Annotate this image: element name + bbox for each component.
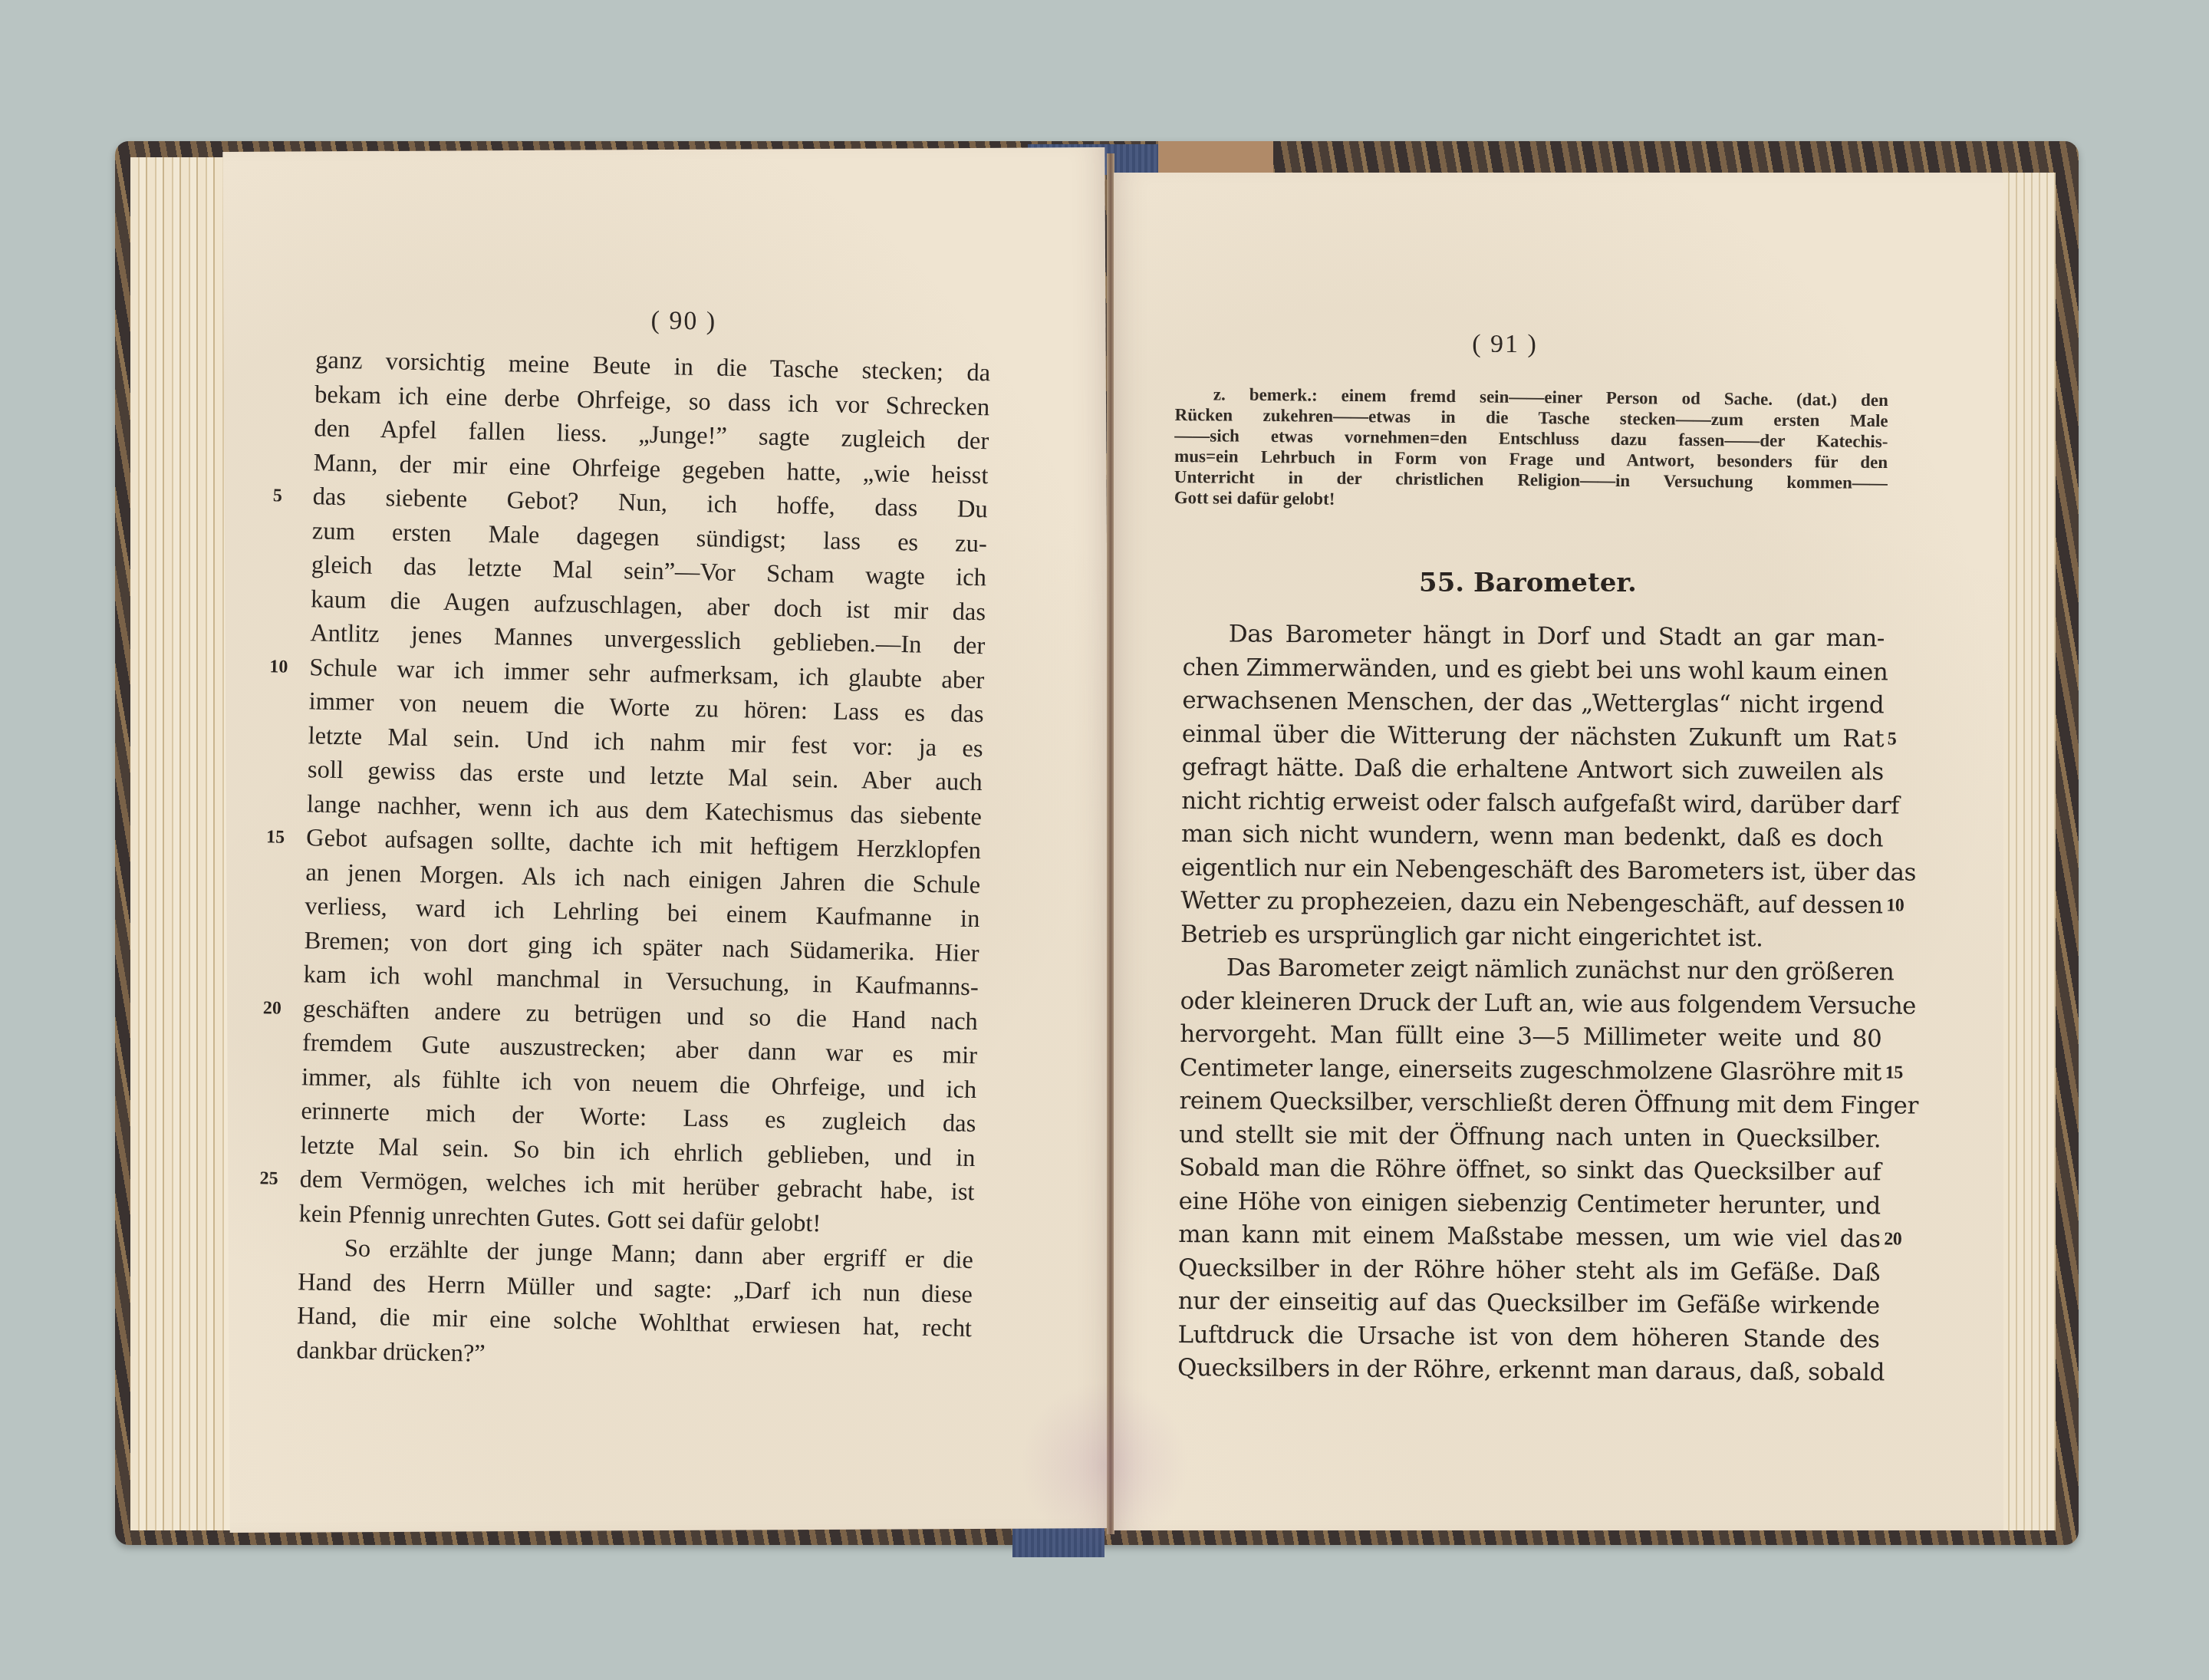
text-line: man kann mit einem Maßstabe messen, um w…: [1178, 1218, 1880, 1257]
line-number: [262, 1093, 295, 1094]
line-number: [258, 1230, 292, 1230]
line-number: 5: [272, 479, 307, 513]
line-number: 20: [1884, 1223, 1914, 1257]
text-line: gefragt hätte. Daß die erhaltene Antwort…: [1181, 751, 1883, 789]
line-number: [268, 752, 301, 753]
text-line: Wetter zu prophezeien, dazu ein Nebenges…: [1180, 884, 1882, 923]
line-number: 5: [1888, 723, 1918, 756]
line-number: [258, 1298, 291, 1299]
line-number: [261, 1128, 295, 1128]
text-line: eigentlich nur ein Nebengeschäft des Bar…: [1181, 851, 1883, 889]
spine-paper-tape: [1158, 141, 1273, 175]
text-line: oder kleineren Druck der Luft an, wie au…: [1180, 984, 1881, 1023]
line-number: 25: [259, 1161, 294, 1196]
text-line: Centimeter lange, einerseits zugeschmolz…: [1180, 1051, 1881, 1089]
left-page: ( 90 ) ganz vorsichtig meine Beute in di…: [222, 147, 1111, 1533]
text-line: man sich nicht wundern, wenn man bedenkt…: [1181, 818, 1883, 856]
line-number: [264, 957, 298, 957]
line-number: 10: [1886, 889, 1917, 923]
text-line: Luftdruck die Ursache ist von dem höhere…: [1177, 1318, 1879, 1356]
line-number: [257, 1332, 291, 1333]
line-number: 10: [269, 650, 304, 684]
text-line: hervorgeht. Man füllt eine 3—5 Millimete…: [1180, 1018, 1881, 1056]
line-number: [268, 718, 302, 719]
line-number: 15: [266, 820, 301, 855]
page-edges-right: [1994, 173, 2056, 1530]
section-heading: 55. Barometer.: [1374, 568, 1681, 598]
spine-cloth-bottom: [1012, 1527, 1104, 1557]
left-page-body: ganz vorsichtig meine Beute in die Tasch…: [296, 343, 990, 1380]
text-line: und stellt sie mit der Öffnung nach unte…: [1179, 1118, 1881, 1156]
line-number: [265, 923, 298, 924]
line-number: [258, 1264, 292, 1265]
line-number: [276, 342, 310, 343]
text-line: Sobald man die Röhre öffnet, so sinkt da…: [1179, 1151, 1881, 1190]
page-number: ( 91 ): [1444, 330, 1566, 359]
text-line: einmal über die Witterung der nächsten Z…: [1182, 717, 1884, 756]
text-line: erwachsenen Menschen, der das „Wettergla…: [1182, 684, 1884, 723]
line-number: 20: [263, 991, 298, 1026]
line-number: [272, 547, 305, 548]
right-page: ( 91 ) z. bemerk.: einem fremd sein——ein…: [1114, 173, 2003, 1530]
page-edges-left: [130, 157, 230, 1530]
vocabulary-note: z. bemerk.: einem fremd sein——einer Pers…: [1174, 384, 1888, 514]
text-line: nicht richtig erweist oder falsch aufgef…: [1181, 784, 1883, 822]
text-line: chen Zimmerwänden, und es giebt bei uns …: [1182, 651, 1884, 689]
right-page-body: Das Barometer hängt in Dorf und Stadt an…: [1177, 618, 1885, 1390]
line-number: 15: [1885, 1056, 1916, 1090]
line-number: [274, 445, 308, 446]
line-number: [272, 581, 305, 582]
line-number: [271, 615, 305, 616]
text-line: Quecksilbers in der Röhre, erkennt man d…: [1177, 1352, 1879, 1390]
text-line: Das Barometer zeigt nämlich zunächst nur…: [1180, 951, 1882, 990]
line-number: [268, 786, 301, 787]
line-number: [275, 377, 309, 377]
line-number: [265, 888, 299, 889]
text-line: Betrieb es ursprünglich gar nicht einger…: [1180, 917, 1882, 956]
text-line: Das Barometer hängt in Dorf und Stadt an…: [1183, 618, 1885, 656]
text-line: nur der einseitig auf das Quecksilber im…: [1178, 1285, 1880, 1323]
line-number: [275, 410, 308, 411]
text-line: Quecksilber in der Röhre höher steht als…: [1178, 1251, 1880, 1290]
line-number: [262, 1059, 296, 1060]
text-line: reinem Quecksilber, verschließt deren Öf…: [1179, 1085, 1881, 1123]
text-line: eine Höhe von einigen siebenzig Centimet…: [1179, 1184, 1881, 1223]
page-number: ( 90 ): [622, 306, 745, 337]
